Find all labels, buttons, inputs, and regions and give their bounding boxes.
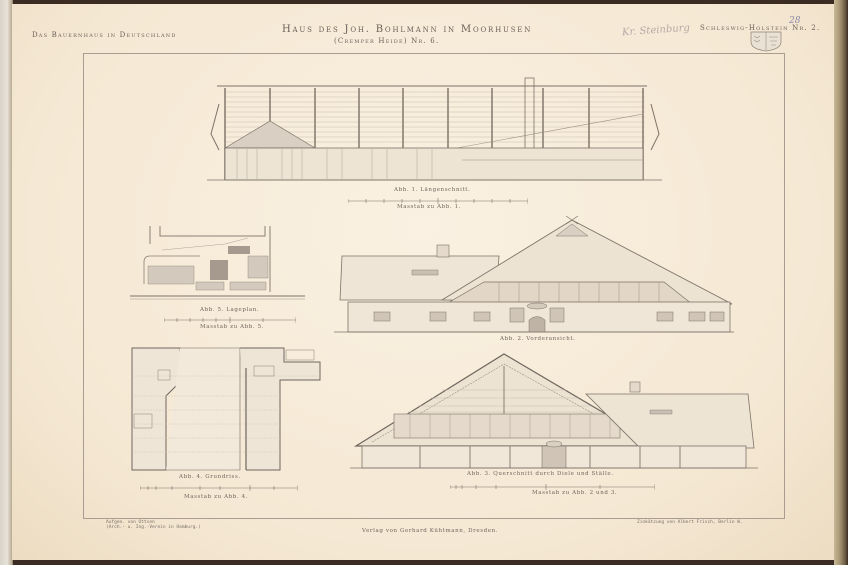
drawing-longitudinal-section [207, 74, 662, 184]
plate-page: Das Bauernhaus in Deutschland Haus des J… [12, 4, 834, 560]
scale-bar-abb5 [164, 317, 296, 323]
scale-bar-abb4 [140, 485, 298, 491]
plate-subtitle: (Cremper Heide) Nr. 6. [334, 37, 439, 45]
drawing-cross-section [350, 352, 758, 470]
coat-of-arms-icon [749, 31, 783, 52]
plate-title: Haus des Joh. Bohlmann in Moorhusen [282, 24, 532, 35]
caption-abb3: Abb. 3. Querschnitt durch Diele und Stäl… [467, 471, 614, 477]
caption-abb1: Abb. 1. Längenschnitt. [394, 187, 470, 193]
page-edge [834, 0, 848, 565]
scale-label-abb4: Masstab zu Abb. 4. [184, 494, 248, 500]
series-title: Das Bauernhaus in Deutschland [32, 31, 177, 39]
drawing-front-elevation [334, 212, 734, 334]
handwritten-note: Kr. Steinburg [622, 23, 691, 39]
drawing-site-plan [130, 222, 305, 304]
printer-line: Zinkätzung von Albert Frisch, Berlin W. [637, 520, 743, 525]
drawing-floor-plan [130, 346, 325, 472]
caption-abb4: Abb. 4. Grundriss. [179, 474, 241, 480]
credit-line-2: (Arch.- u. Ing.-Verein in Hamburg.) [106, 525, 201, 530]
scale-label-abb3: Masstab zu Abb. 2 und 3. [532, 490, 617, 496]
caption-abb2: Abb. 2. Vorderansicht. [500, 336, 576, 342]
caption-abb5: Abb. 5. Lageplan. [200, 307, 259, 313]
publisher-line: Verlag von Gerhard Kühtmann, Dresden. [362, 528, 498, 534]
scale-label-abb5: Masstab zu Abb. 5. [200, 324, 264, 330]
scale-label-abb1: Masstab zu Abb. 1. [397, 204, 461, 210]
